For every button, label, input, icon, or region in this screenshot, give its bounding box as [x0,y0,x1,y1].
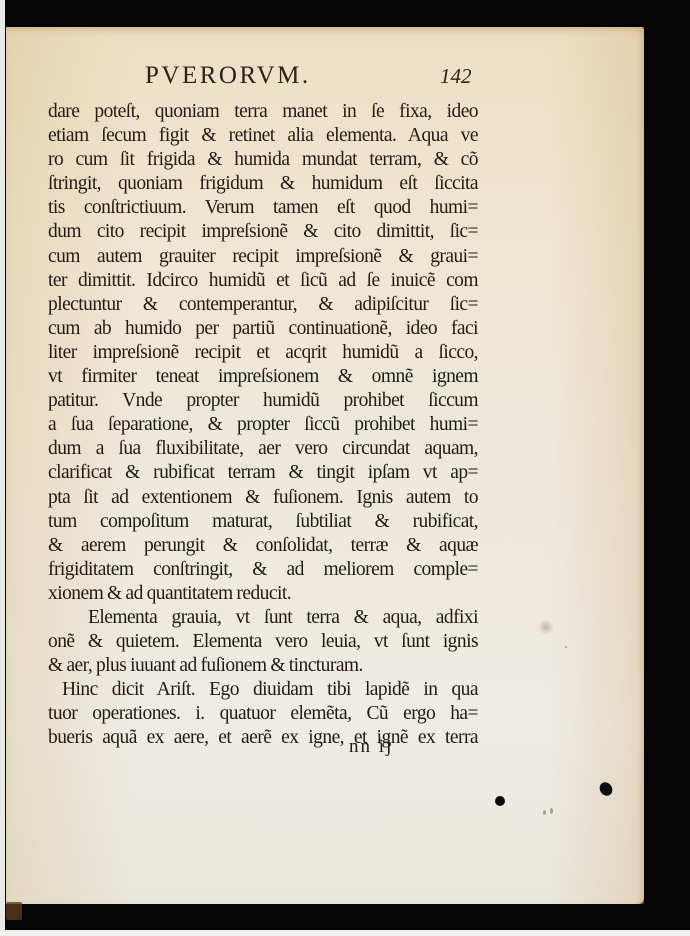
text-line: clarificat & rubificat terram & tingit i… [48,461,478,485]
text-line: etiam ſecum figit & retinet alia element… [48,124,478,148]
page-number: 142 [440,64,472,89]
text-line: patitur. Vnde propter humidũ prohibet ſi… [48,389,478,413]
scan-bottom-edge [0,930,690,936]
ink-blot [495,796,505,806]
text-line: plectuntur & contemperantur, & adipiſcit… [48,293,478,317]
text-line: tuor operationes. i. quatuor elemẽta, Cũ… [48,702,478,726]
text-line: Elementa grauia, vt ſunt terra & aqua, a… [48,606,478,630]
text-line: cum autem grauiter recipit impreſsionẽ &… [48,245,478,269]
text-line: tis conſtrictiuum. Verum tamen eſt quod … [48,196,478,220]
text-line: vt firmiter teneat impreſsionem & omnẽ i… [48,365,478,389]
foxing-stain [537,620,555,634]
text-line: Hinc dicit Ariſt. Ego diuidam tibi lapid… [48,678,478,702]
paper-speck [565,646,567,648]
text-line: & aerem perungit & conſolidat, terræ & a… [48,534,478,558]
text-line: cum ab humido per partiũ continuationẽ, … [48,317,478,341]
running-head: PVERORVM. [145,62,311,90]
signature-mark: nn ij [349,736,393,758]
paper-speck [543,810,546,815]
text-line: bueris aquã ex aere, et aerẽ ex igne, et… [48,726,478,750]
text-line: ſtringit, quoniam frigidum & humidum eſt… [48,172,478,196]
text-line: dum a ſua fluxibilitate, aer vero circun… [48,437,478,461]
text-line: dare poteſt, quoniam terra manet in ſe f… [48,100,478,124]
text-line: ro cum ſit frigida & humida mundat terra… [48,148,478,172]
text-line: pta ſit ad extentionem & fuſionem. Ignis… [48,486,478,510]
text-line: onẽ & quietem. Elementa vero leuia, vt ſ… [48,630,478,654]
binding-stain [6,902,22,920]
text-line: & aer, plus iuuant ad fuſionem & tinctur… [48,654,478,678]
text-line: a ſua ſeparatione, & propter ſiccũ prohi… [48,413,478,437]
paper-speck [550,808,553,814]
body-text: dare poteſt, quoniam terra manet in ſe f… [48,100,478,751]
text-line: liter impreſsionẽ recipit et acqrit humi… [48,341,478,365]
text-line: frigiditatem conſtringit, & ad meliorem … [48,558,478,582]
text-line: ter dimittit. Idcirco humidũ et ſicũ ad … [48,269,478,293]
scan-left-edge [0,0,5,936]
text-line: dum cito recipit impreſsionẽ & cito dimi… [48,220,478,244]
text-line: xionem & ad quantitatem reducit. [48,582,478,606]
text-line: tum compoſitum maturat, ſubtiliat & rubi… [48,510,478,534]
